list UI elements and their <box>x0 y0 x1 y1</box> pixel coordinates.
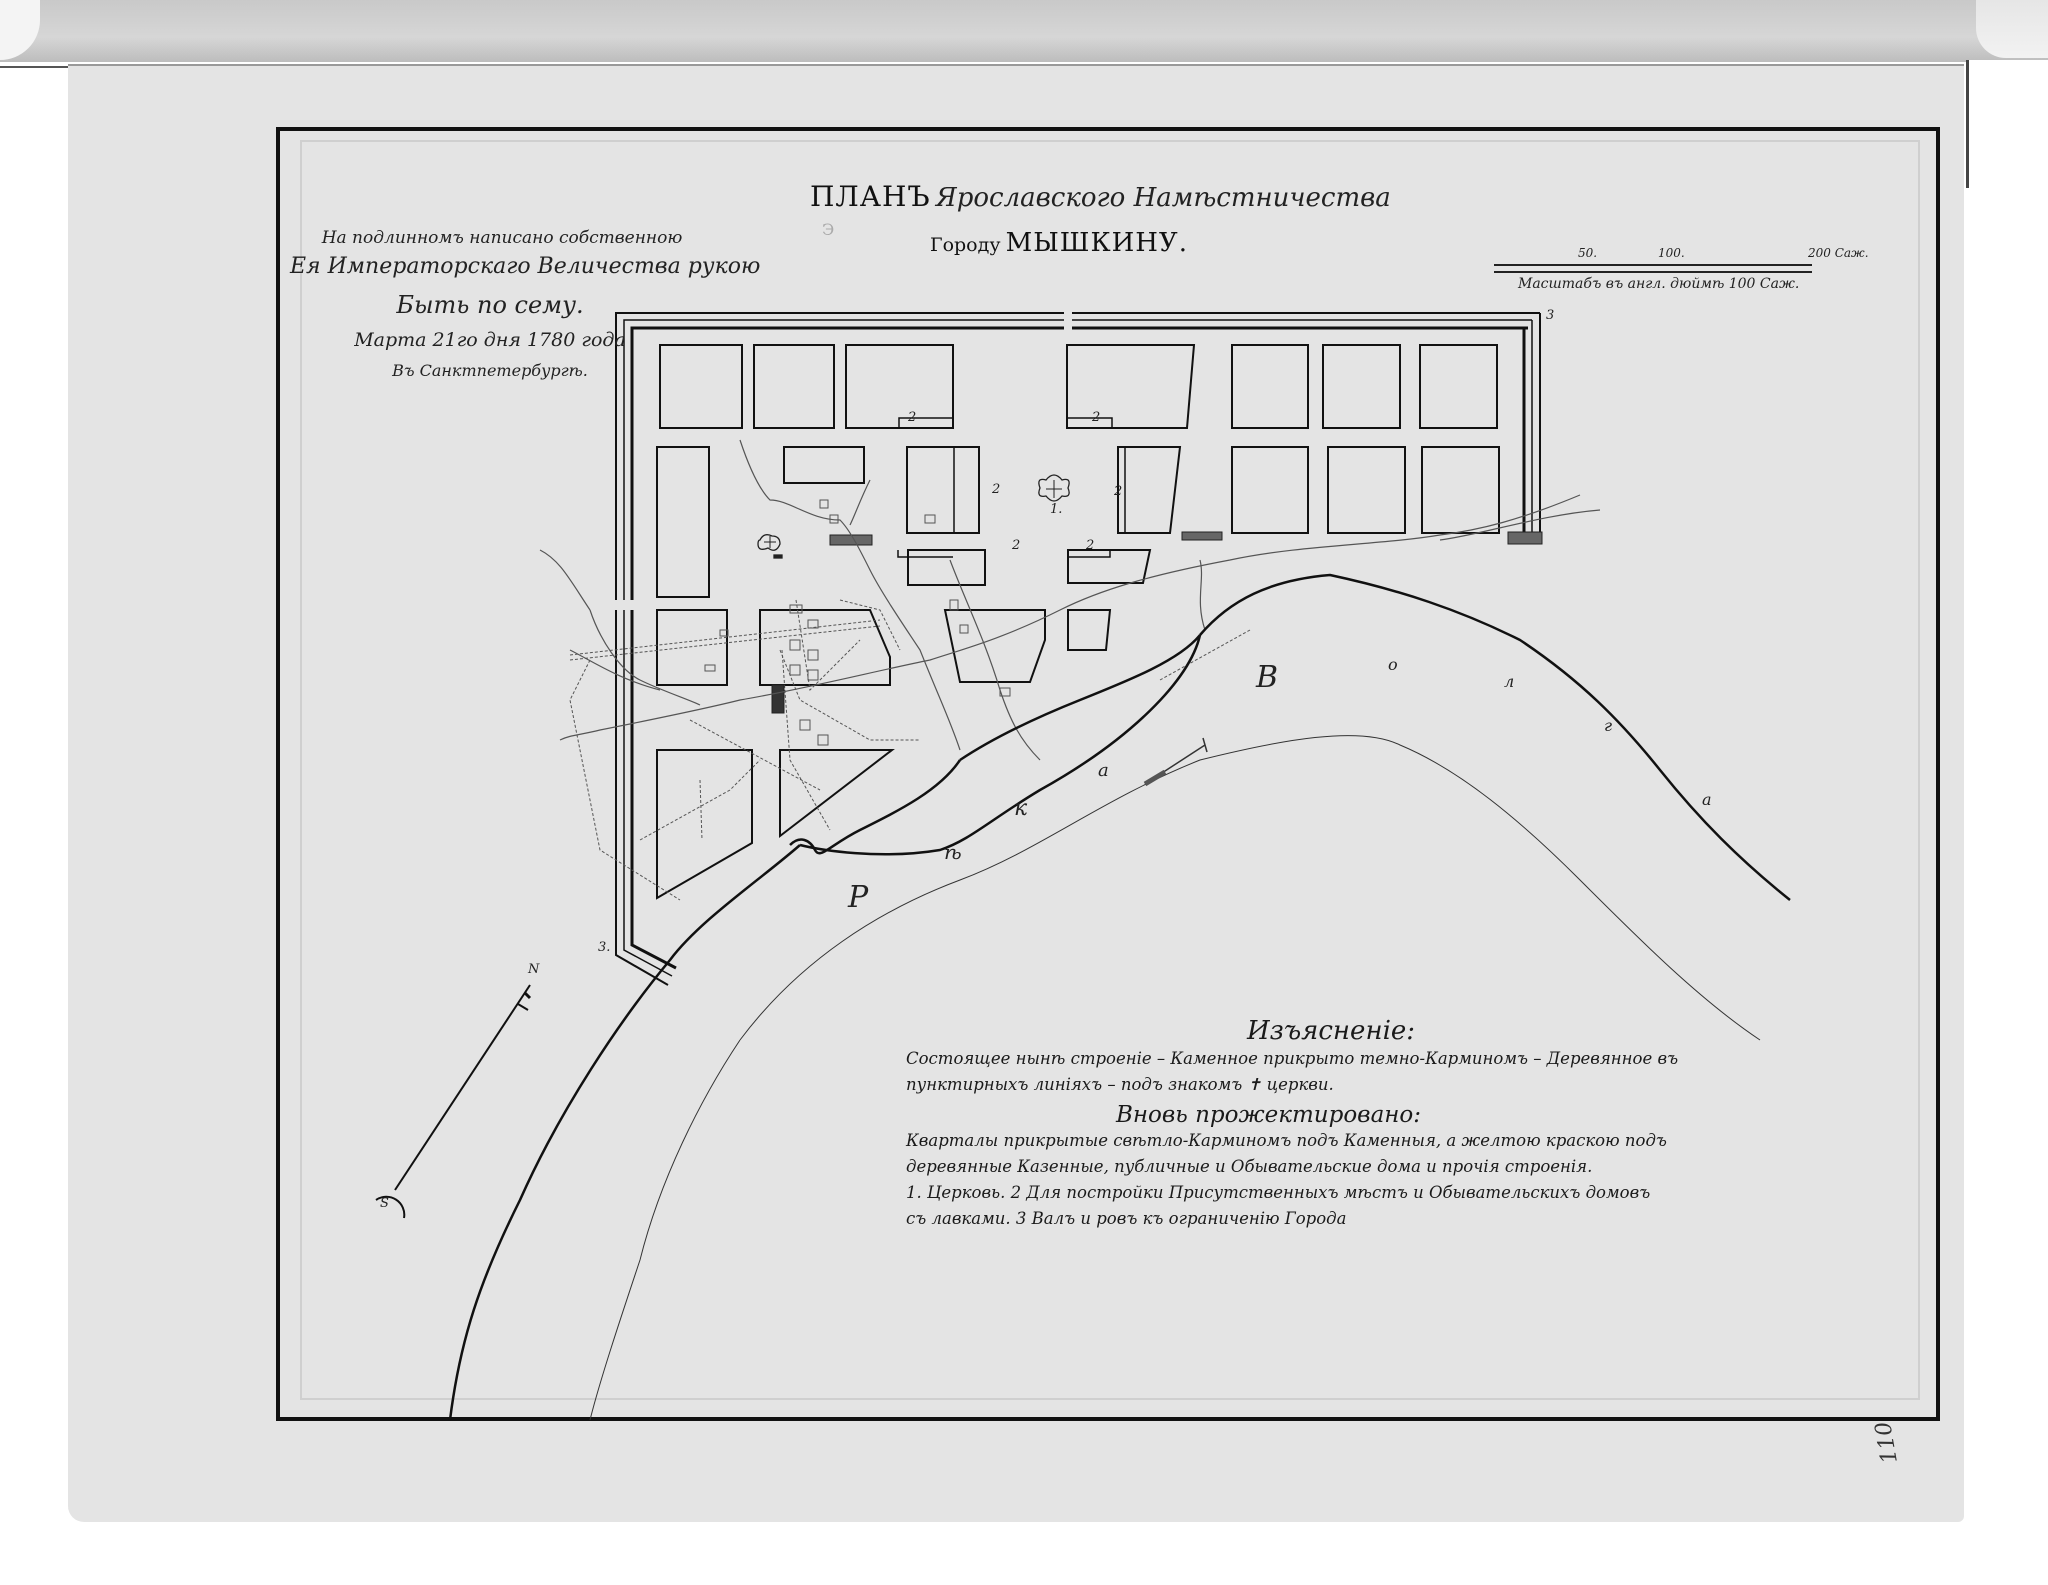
marker-rampart-ne: 3 <box>1546 308 1554 323</box>
map-subtitle: Городу МЫШКИНУ. <box>930 228 1188 258</box>
river-label-letter: к <box>1014 796 1027 821</box>
marker-church: 1. <box>1050 502 1062 517</box>
legend-existing-line-1: Состоящее нынѣ строеніе – Каменное прикр… <box>906 1046 1806 1072</box>
marker-public-site: 2 <box>908 410 916 425</box>
title-script: Ярославского Намѣстничества <box>936 183 1391 213</box>
marker-public-site: 2 <box>1086 538 1094 553</box>
scale-tick-200: 200 Саж. <box>1808 246 1869 260</box>
marker-public-site: 2 <box>992 482 1000 497</box>
marker-rampart-sw: 3. <box>598 940 610 955</box>
river-label-letter: ѣ <box>944 840 962 864</box>
subtitle-small: Городу <box>930 234 1001 256</box>
river-label-letter: л <box>1504 672 1514 691</box>
legend-explanation: Изъясненіе: Состоящее нынѣ строеніе – Ка… <box>906 1016 1806 1232</box>
legend-projected-heading: Вновь прожектировано: <box>906 1102 1806 1128</box>
river-label-letter: В <box>1256 660 1278 695</box>
legend-existing-line-2: пунктирныхъ линіяхъ – подъ знакомъ ✝ цер… <box>906 1072 1806 1098</box>
scale-caption: Масштабъ въ англ. дюймѣ 100 Саж. <box>1518 276 1799 292</box>
map-title: ПЛАНЪ Ярославского Намѣстничества <box>810 180 1370 213</box>
river-label-letter: а <box>1702 790 1712 809</box>
legend-projected-line-1: Кварталы прикрытые свѣтло-Карминомъ подъ… <box>906 1128 1806 1154</box>
legend-projected-line-4: съ лавками. 3 Валъ и ровъ къ ограниченію… <box>906 1206 1806 1232</box>
volga-river-banks <box>450 575 1790 1420</box>
legend-projected-line-2: деревянные Казенные, публичные и Обывате… <box>906 1154 1806 1180</box>
compass-south-label: S <box>380 1196 389 1211</box>
scale-tick-100: 100. <box>1658 246 1685 260</box>
legend-heading: Изъясненіе: <box>856 1016 1806 1046</box>
city-blocks-row2 <box>657 447 1499 597</box>
scale-line <box>1494 264 1812 273</box>
compass-needle <box>376 985 530 1218</box>
river-label-letter: о <box>1388 655 1398 674</box>
marker-public-site: 2 <box>1012 538 1020 553</box>
legend-projected-line-3: 1. Церковь. 2 Для постройки Присутственн… <box>906 1180 1806 1206</box>
stray-pencil-mark: Э <box>822 220 834 239</box>
subtitle-town-name: МЫШКИНУ. <box>1006 228 1188 258</box>
church-symbols <box>758 475 1069 558</box>
streams <box>540 440 1600 760</box>
note-place: Въ Санктпетербургѣ. <box>290 361 690 380</box>
note-date: Марта 21го дня 1780 года <box>290 329 690 351</box>
compass-north-label: N <box>528 962 539 977</box>
marker-public-site: 2 <box>1092 410 1100 425</box>
note-line-1: На подлинномъ написано собственною <box>314 228 690 248</box>
city-blocks-lower <box>657 750 892 898</box>
city-blocks-row1 <box>660 345 1497 428</box>
river-label-letter: Р <box>848 880 868 915</box>
city-blocks-row3 <box>657 550 1150 685</box>
imperial-approval-note: На подлинномъ написано собственною Ея Им… <box>290 228 690 380</box>
scale-tick-50: 50. <box>1578 246 1597 260</box>
note-line-3: Быть по сему. <box>290 291 690 319</box>
title-caps: ПЛАНЪ <box>810 180 931 213</box>
river-label-letter: г <box>1604 716 1612 735</box>
marker-public-site: 2 <box>1114 484 1122 499</box>
note-line-2: Ея Императорскаго Величества рукою <box>290 254 690 279</box>
river-label-letter: а <box>1098 760 1109 781</box>
